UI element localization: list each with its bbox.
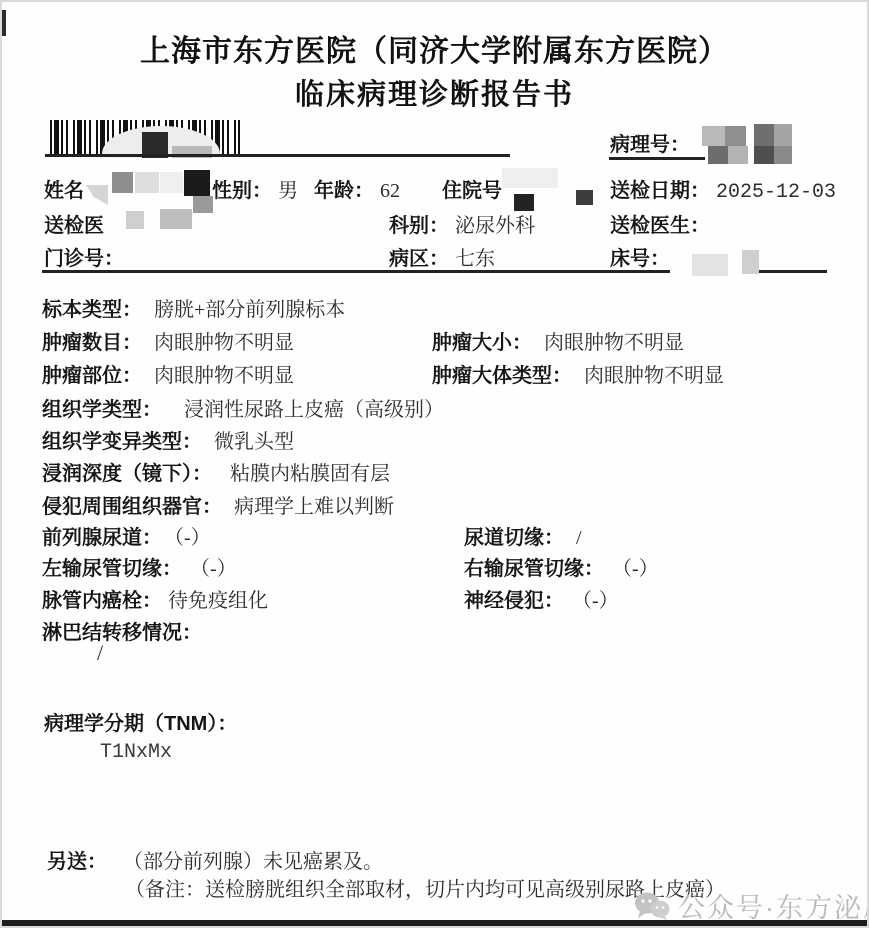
urethral-margin-value: /: [576, 527, 582, 549]
send-date-value: 2025-12-03: [716, 181, 836, 204]
nerve-invasion-value: （-）: [582, 590, 619, 612]
outpatient-no-label: 门诊号：: [44, 242, 124, 271]
histology-variant-label: 组织学变异类型：: [42, 431, 202, 453]
admission-no-redaction-mosaic: [502, 168, 597, 212]
send-doctor-left-label: 送检医: [44, 209, 104, 238]
header-divider-segment: [759, 270, 827, 273]
pathology-no-underline: [609, 157, 705, 160]
tnm-label: 病理学分期（TNM）：: [44, 707, 237, 736]
additional-value: （部分前列腺）未见癌累及。: [133, 851, 383, 873]
gender-value: 男: [278, 180, 298, 202]
left-ureter-margin-value: （-）: [200, 558, 237, 580]
tumor-count-label: 肿瘤数目：: [42, 332, 142, 354]
hospital-title: 上海市东方医院（同济大学附属东方医院）: [2, 26, 867, 70]
left-ureter-margin-label: 左输尿管切缘：: [42, 558, 182, 580]
histology-type-value: 浸润性尿路上皮癌（高级别）: [184, 399, 444, 421]
bed-no-label: 床号：: [610, 242, 670, 271]
lymph-node-label: 淋巴结转移情况：: [42, 616, 202, 645]
tumor-gross-type-label: 肿瘤大体类型：: [432, 365, 572, 387]
vascular-thrombus-label: 脉管内癌栓：: [42, 590, 162, 612]
wechat-icon: [634, 891, 670, 921]
prostatic-urethra-label: 前列腺尿道：: [42, 527, 162, 549]
adjacent-organ-label: 侵犯周围组织器官：: [42, 496, 222, 518]
tumor-gross-type-value: 肉眼肿物不明显: [584, 365, 724, 387]
pathology-no-redaction-mosaic: [702, 124, 792, 166]
vascular-thrombus-value: 待免疫组化: [168, 590, 268, 612]
send-doctor-label: 送检医生：: [610, 209, 710, 238]
barcode-underline: [45, 154, 510, 157]
pathology-no-label: 病理号：: [610, 128, 690, 157]
tumor-size-label: 肿瘤大小：: [432, 332, 532, 354]
tumor-site-label: 肿瘤部位：: [42, 365, 142, 387]
name-label: 姓名: [44, 174, 84, 203]
specimen-type-label: 标本类型：: [42, 299, 142, 321]
histology-type-label: 组织学类型：: [42, 399, 162, 421]
right-ureter-margin-label: 右输尿管切缘：: [464, 558, 604, 580]
tumor-count-value: 肉眼肿物不明显: [154, 332, 294, 354]
admission-no-label: 住院号: [442, 174, 502, 203]
pathology-report-page: 上海市东方医院（同济大学附属东方医院） 临床病理诊断报告书 病理号： 姓名 性别…: [0, 0, 869, 928]
ward-label: 病区：: [389, 248, 449, 270]
invasion-depth-value: 粘膜内粘膜固有层: [230, 463, 390, 485]
dept-value: 泌尿外科: [455, 215, 535, 237]
send-doctor-redaction-mosaic: [126, 209, 196, 231]
adjacent-organ-value: 病理学上难以判断: [234, 496, 394, 518]
bed-no-redaction-mosaic: [692, 250, 762, 276]
nerve-invasion-label: 神经侵犯：: [464, 590, 564, 612]
prostatic-urethra-value: （-）: [174, 527, 211, 549]
send-date-label: 送检日期：: [610, 180, 710, 202]
ward-value: 七东: [455, 248, 495, 270]
tumor-size-value: 肉眼肿物不明显: [544, 332, 684, 354]
tumor-site-value: 肉眼肿物不明显: [154, 365, 294, 387]
gender-label: 性别：: [212, 180, 272, 202]
report-title: 临床病理诊断报告书: [2, 72, 867, 113]
bottom-scan-edge: [2, 920, 867, 926]
additional-label: 另送：: [47, 851, 107, 873]
header-divider: [42, 270, 670, 273]
tnm-value: T1NxMx: [100, 741, 172, 764]
lymph-node-value: /: [97, 640, 103, 666]
age-value: 62: [380, 180, 400, 202]
age-label: 年龄：: [314, 180, 374, 202]
specimen-type-value: 膀胱+部分前列腺标本: [154, 299, 345, 321]
right-ureter-margin-value: （-）: [622, 558, 659, 580]
urethral-margin-label: 尿道切缘：: [464, 527, 564, 549]
invasion-depth-label: 浸润深度（镜下）：: [42, 463, 212, 485]
histology-variant-value: 微乳头型: [214, 431, 294, 453]
dept-label: 科别：: [389, 215, 449, 237]
